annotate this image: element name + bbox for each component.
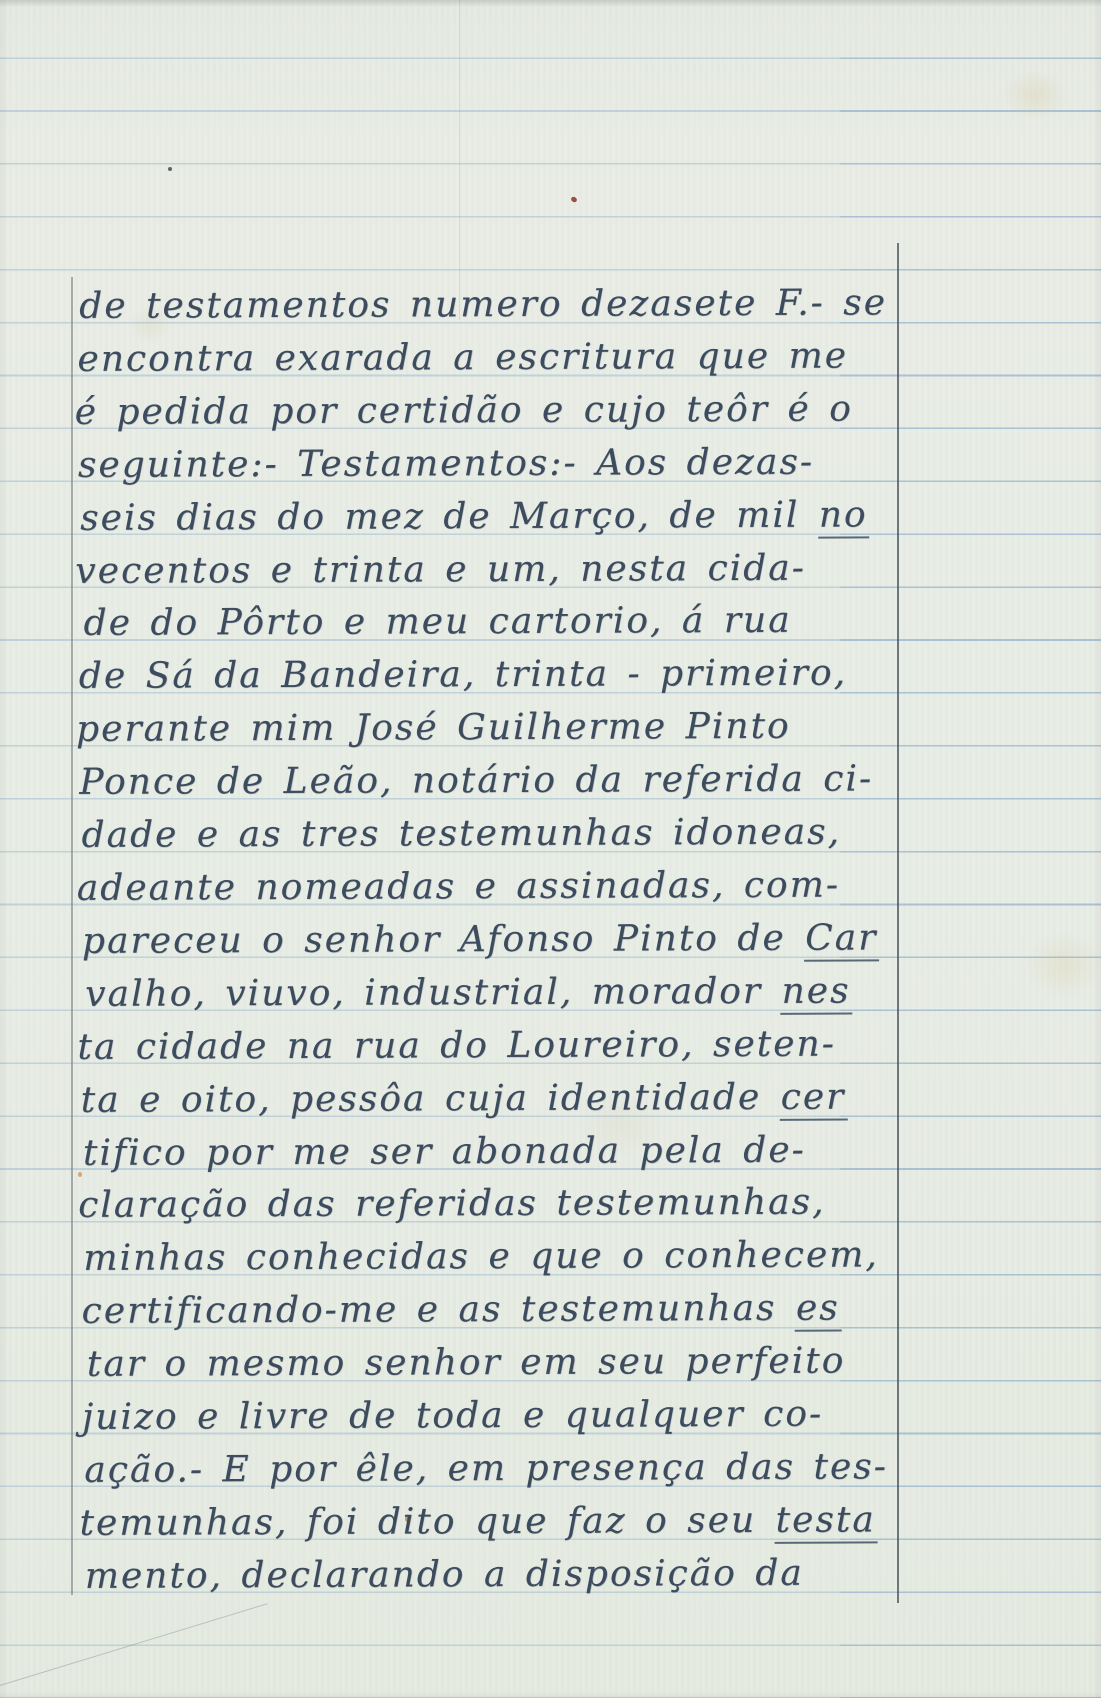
manuscript-line-text: seis dias do mez de Março, de mil	[80, 494, 818, 538]
manuscript-line: Ponce de Leão, notário da referida ci-	[79, 753, 939, 810]
manuscript-line: certificando-me e as testemunhas es	[82, 1282, 942, 1339]
manuscript-line-text: de Sá da Bandeira, trinta - primeiro,	[79, 653, 847, 697]
manuscript-line: juizo e livre de toda e qualquer co-	[82, 1388, 942, 1445]
manuscript-line-underlined-syllable: nes	[780, 970, 852, 1014]
manuscript-line-text: de do Pôrto e meu cartorio, á rua	[84, 600, 792, 644]
manuscript-line: seis dias do mez de Março, de mil no	[80, 489, 940, 546]
manuscript-line: ta e oito, pessôa cuja identidade cer	[81, 1071, 941, 1128]
ink-speck	[168, 167, 172, 171]
manuscript-line-text: juizo e livre de toda e qualquer co-	[82, 1394, 823, 1438]
manuscript-line-text: é pedida por certidão e cujo teôr é o	[75, 388, 853, 432]
manuscript-line-text: minhas conhecidas e que o conhecem,	[83, 1235, 879, 1279]
manuscript-line: claração das referidas testemunhas,	[78, 1177, 938, 1234]
manuscript-line-text: pareceu o senhor Afonso Pinto de	[82, 918, 804, 962]
manuscript-line: adeante nomeadas e assinadas, com-	[77, 859, 937, 916]
manuscript-line: perante mim José Guilherme Pinto	[76, 700, 936, 757]
manuscript-line-underlined-syllable: testa	[775, 1499, 878, 1543]
manuscript-line-text: Ponce de Leão, notário da referida ci-	[79, 759, 873, 803]
manuscript-line: vecentos e trinta e um, nesta cida-	[75, 542, 935, 599]
manuscript-line: valho, viuvo, industrial, morador nes	[85, 965, 945, 1022]
manuscript-line-underlined-syllable: no	[818, 494, 870, 538]
manuscript-line-text: ta e oito, pessôa cuja identidade	[81, 1076, 780, 1120]
manuscript-line: dade e as tres testemunhas idoneas,	[81, 806, 941, 863]
manuscript-line-text: encontra exarada a escritura que me	[77, 335, 848, 379]
manuscript-line-underlined-syllable: Car	[804, 917, 879, 961]
manuscript-line: ta cidade na rua do Loureiro, seten-	[77, 1018, 937, 1075]
manuscript-line-text: tifico por me ser abonada pela de-	[83, 1129, 806, 1173]
manuscript-line-text: de testamentos numero dezasete F.- se	[79, 282, 887, 327]
manuscript-line-text: mento, declarando a disposição da	[85, 1552, 804, 1596]
notebook-page: de testamentos numero dezasete F.- se en…	[0, 0, 1101, 1698]
manuscript-line-underlined-syllable: es	[795, 1288, 842, 1332]
manuscript-line-text: perante mim José Guilherme Pinto	[76, 706, 791, 750]
manuscript-line-text: tar o mesmo senhor em seu perfeito	[87, 1341, 846, 1385]
manuscript-line-text: valho, viuvo, industrial, morador	[85, 971, 780, 1015]
manuscript-line-text: dade e as tres testemunhas idoneas,	[81, 812, 841, 856]
manuscript-line: ação.- E por êle, em presença das tes-	[84, 1441, 944, 1498]
manuscript-line-text: ação.- E por êle, em presença das tes-	[84, 1446, 888, 1491]
manuscript-line: é pedida por certidão e cujo teôr é o	[75, 383, 935, 440]
paper-stain	[990, 60, 1080, 130]
manuscript-line-underlined-syllable: cer	[780, 1076, 848, 1120]
manuscript-line-text: claração das referidas testemunhas,	[78, 1182, 826, 1226]
manuscript-line: de testamentos numero dezasete F.- se	[79, 277, 939, 334]
manuscript-line: tar o mesmo senhor em seu perfeito	[87, 1335, 947, 1392]
manuscript-line-text: adeante nomeadas e assinadas, com-	[77, 865, 840, 909]
manuscript-line-text: certificando-me e as testemunhas	[82, 1288, 795, 1332]
manuscript-line: minhas conhecidas e que o conhecem,	[83, 1229, 943, 1286]
paper-crease	[459, 0, 460, 320]
manuscript-line: de do Pôrto e meu cartorio, á rua	[84, 595, 944, 652]
manuscript-text: de testamentos numero dezasete F.- se en…	[77, 277, 943, 1603]
left-margin-line	[71, 277, 73, 1595]
manuscript-line: temunhas, foi dito que faz o seu testa	[79, 1494, 939, 1551]
manuscript-line-text: ta cidade na rua do Loureiro, seten-	[77, 1023, 836, 1067]
manuscript-line: pareceu o senhor Afonso Pinto de Car	[82, 912, 942, 969]
manuscript-line: seguinte:- Testamentos:- Aos dezas-	[78, 436, 938, 493]
manuscript-line: encontra exarada a escritura que me	[77, 330, 937, 387]
manuscript-line: mento, declarando a disposição da	[85, 1547, 945, 1604]
manuscript-line-text: seguinte:- Testamentos:- Aos dezas-	[78, 441, 814, 485]
manuscript-line-text: temunhas, foi dito que faz o seu	[79, 1500, 774, 1544]
manuscript-line-text: vecentos e trinta e um, nesta cida-	[75, 547, 806, 591]
manuscript-line: tifico por me ser abonada pela de-	[83, 1124, 943, 1181]
manuscript-line: de Sá da Bandeira, trinta - primeiro,	[79, 647, 939, 704]
